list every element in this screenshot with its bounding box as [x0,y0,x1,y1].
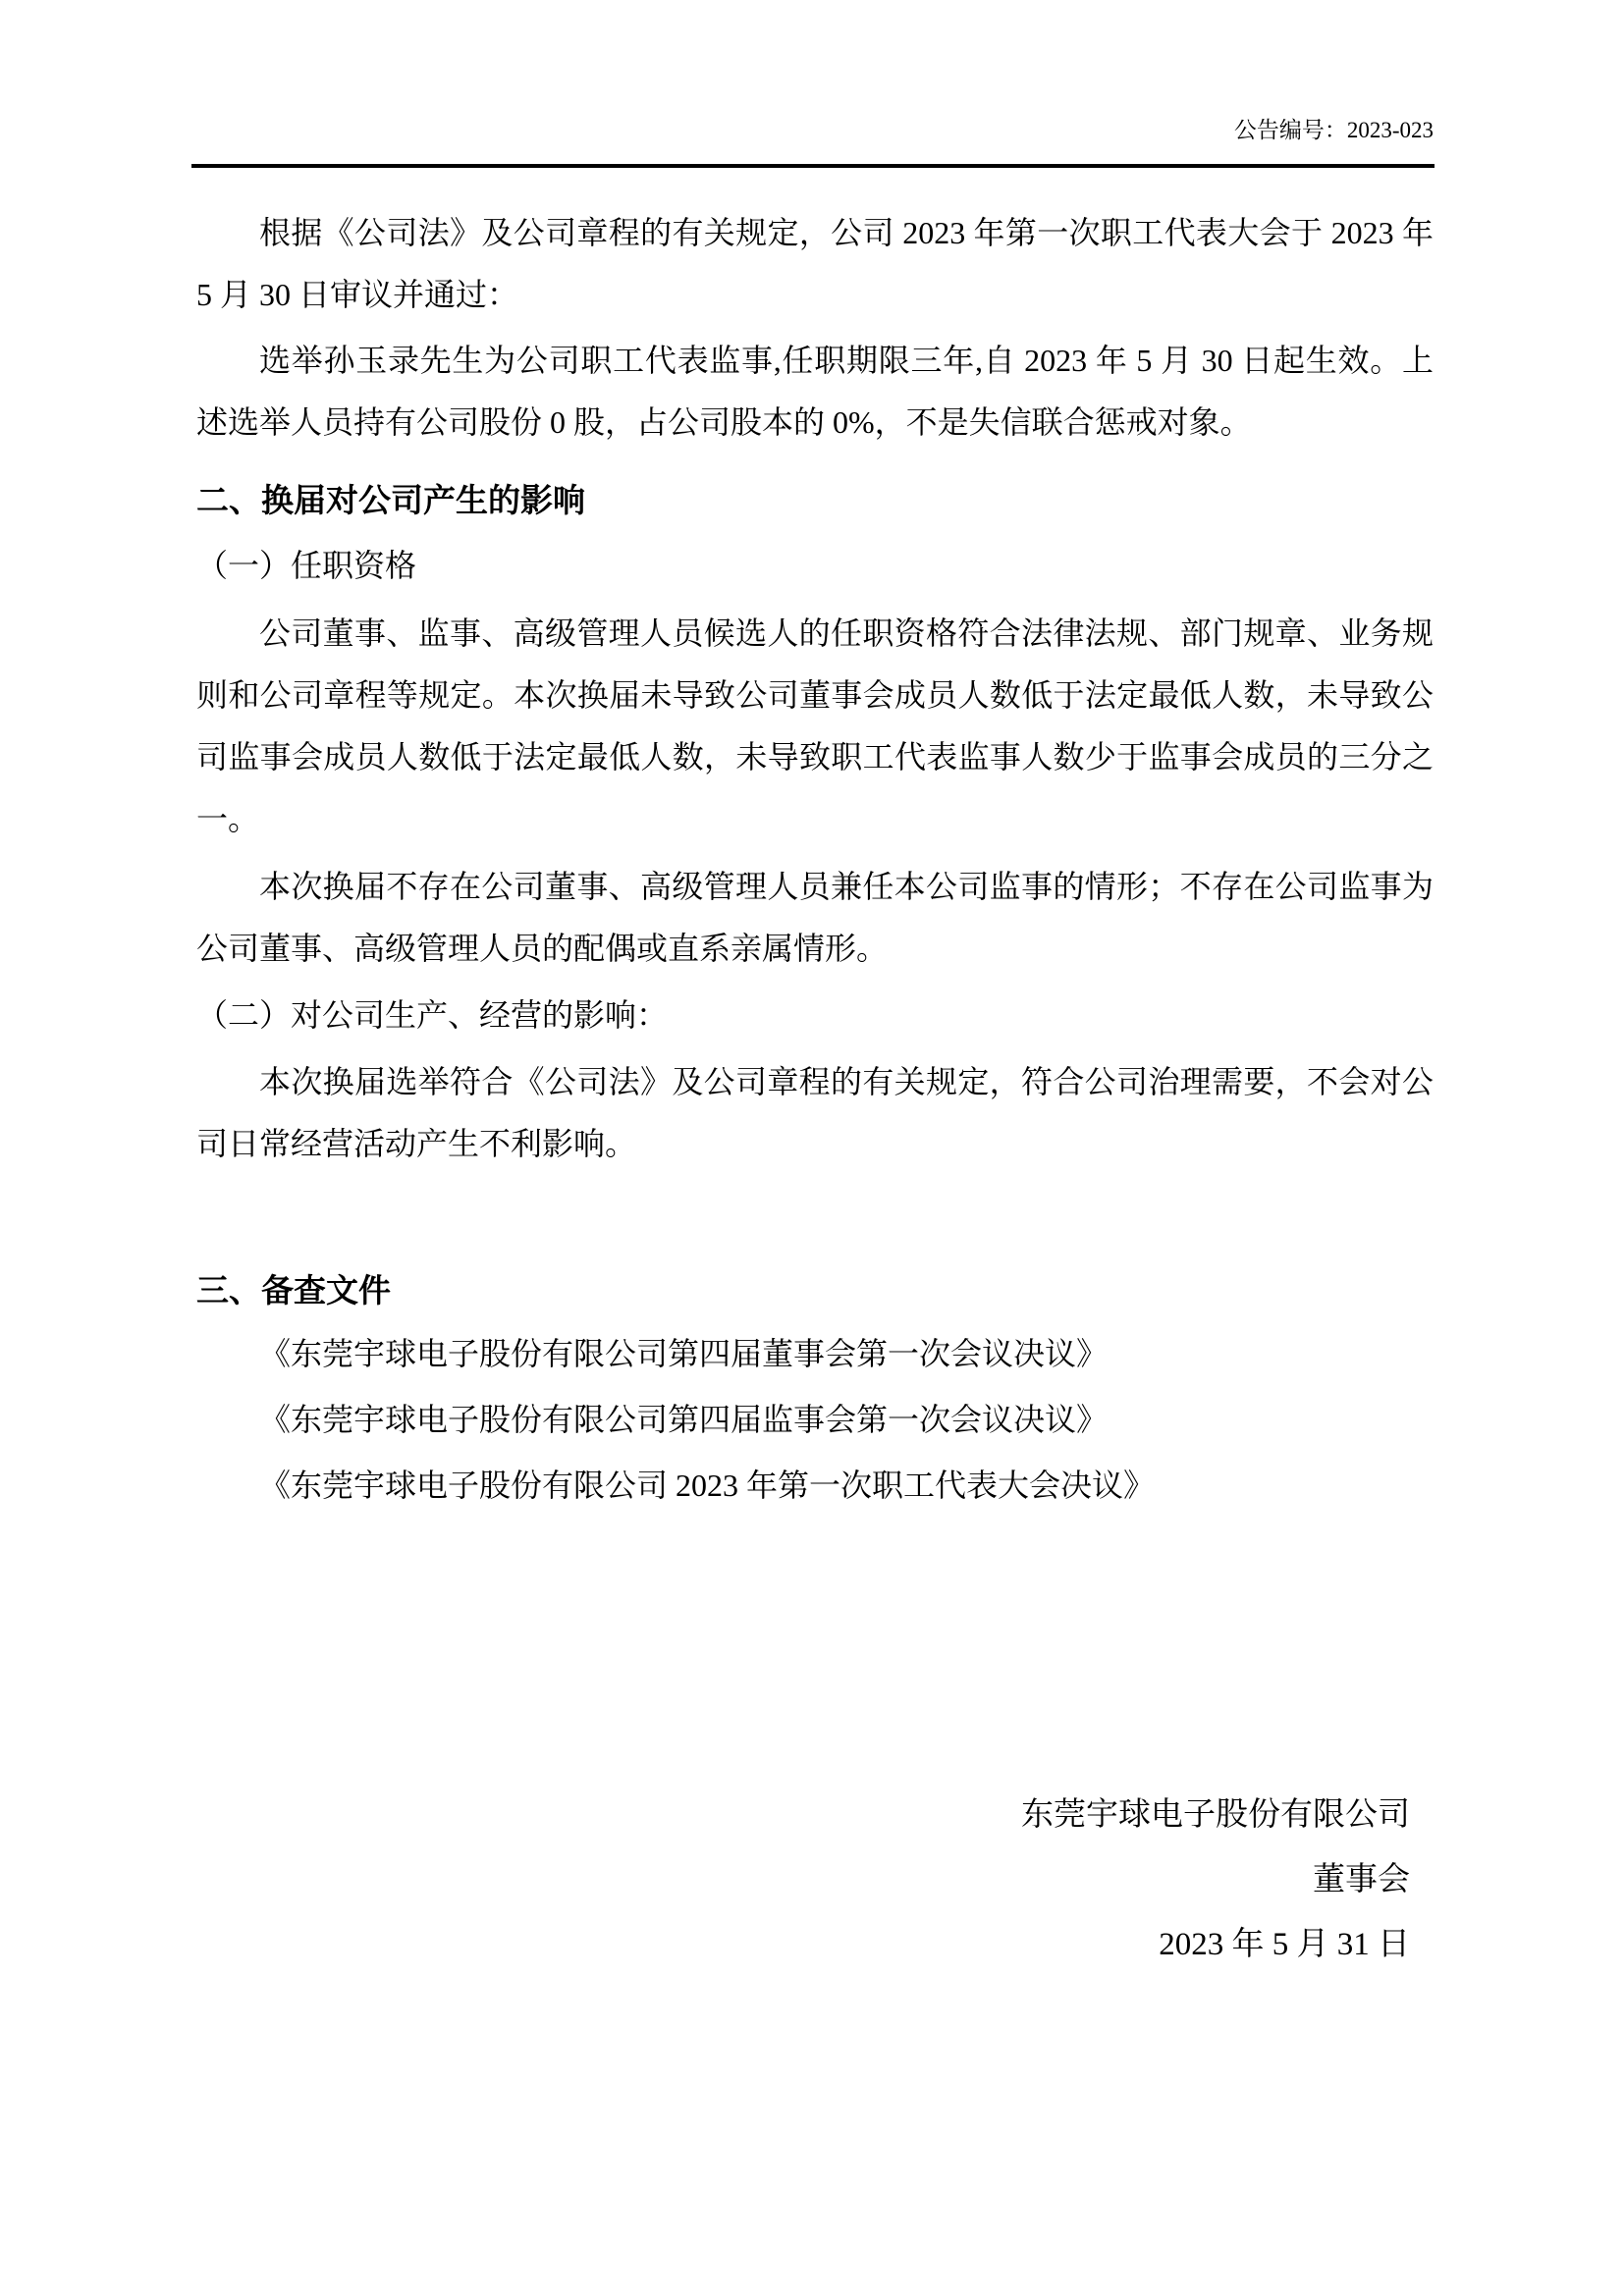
section2-heading: 二、换届对公司产生的影响 [196,481,1434,520]
signature-signer: 董事会 [1021,1847,1410,1912]
section2-sub2-heading: （二）对公司生产、经营的影响： [196,995,1434,1035]
header-divider [191,164,1435,168]
paragraph-operation-impact: 本次换届选举符合《公司法》及公司章程的有关规定，符合公司治理需要，不会对公司日常… [196,1051,1434,1175]
paragraph-qualification: 公司董事、监事、高级管理人员候选人的任职资格符合法律法规、部门规章、业务规则和公… [196,603,1434,850]
section3-heading: 三、备查文件 [196,1271,1434,1310]
paragraph-election-result: 选举孙玉录先生为公司职工代表监事,任职期限三年,自 2023 年 5 月 30 … [196,330,1434,454]
announcement-number: 公告编号：2023-023 [1234,116,1434,145]
reference-document: 《东莞宇球电子股份有限公司 2023 年第一次职工代表大会决议》 [196,1453,1434,1519]
reference-document: 《东莞宇球电子股份有限公司第四届监事会第一次会议决议》 [196,1387,1434,1453]
paragraph-concurrent-positions: 本次换届不存在公司董事、高级管理人员兼任本公司监事的情形；不存在公司监事为公司董… [196,856,1434,980]
signature-date: 2023 年 5 月 31 日 [1021,1912,1410,1977]
paragraph-resolution-intro: 根据《公司法》及公司章程的有关规定，公司 2023 年第一次职工代表大会于 20… [196,202,1434,326]
reference-document-list: 《东莞宇球电子股份有限公司第四届董事会第一次会议决议》 《东莞宇球电子股份有限公… [196,1321,1434,1519]
reference-document: 《东莞宇球电子股份有限公司第四届董事会第一次会议决议》 [196,1321,1434,1387]
document-page: 公告编号：2023-023 根据《公司法》及公司章程的有关规定，公司 2023 … [0,0,1624,2296]
section2-sub1-heading: （一）任职资格 [196,546,1434,585]
signature-company-name: 东莞宇球电子股份有限公司 [1021,1783,1410,1847]
signature-block: 东莞宇球电子股份有限公司 董事会 2023 年 5 月 31 日 [1021,1783,1410,1977]
